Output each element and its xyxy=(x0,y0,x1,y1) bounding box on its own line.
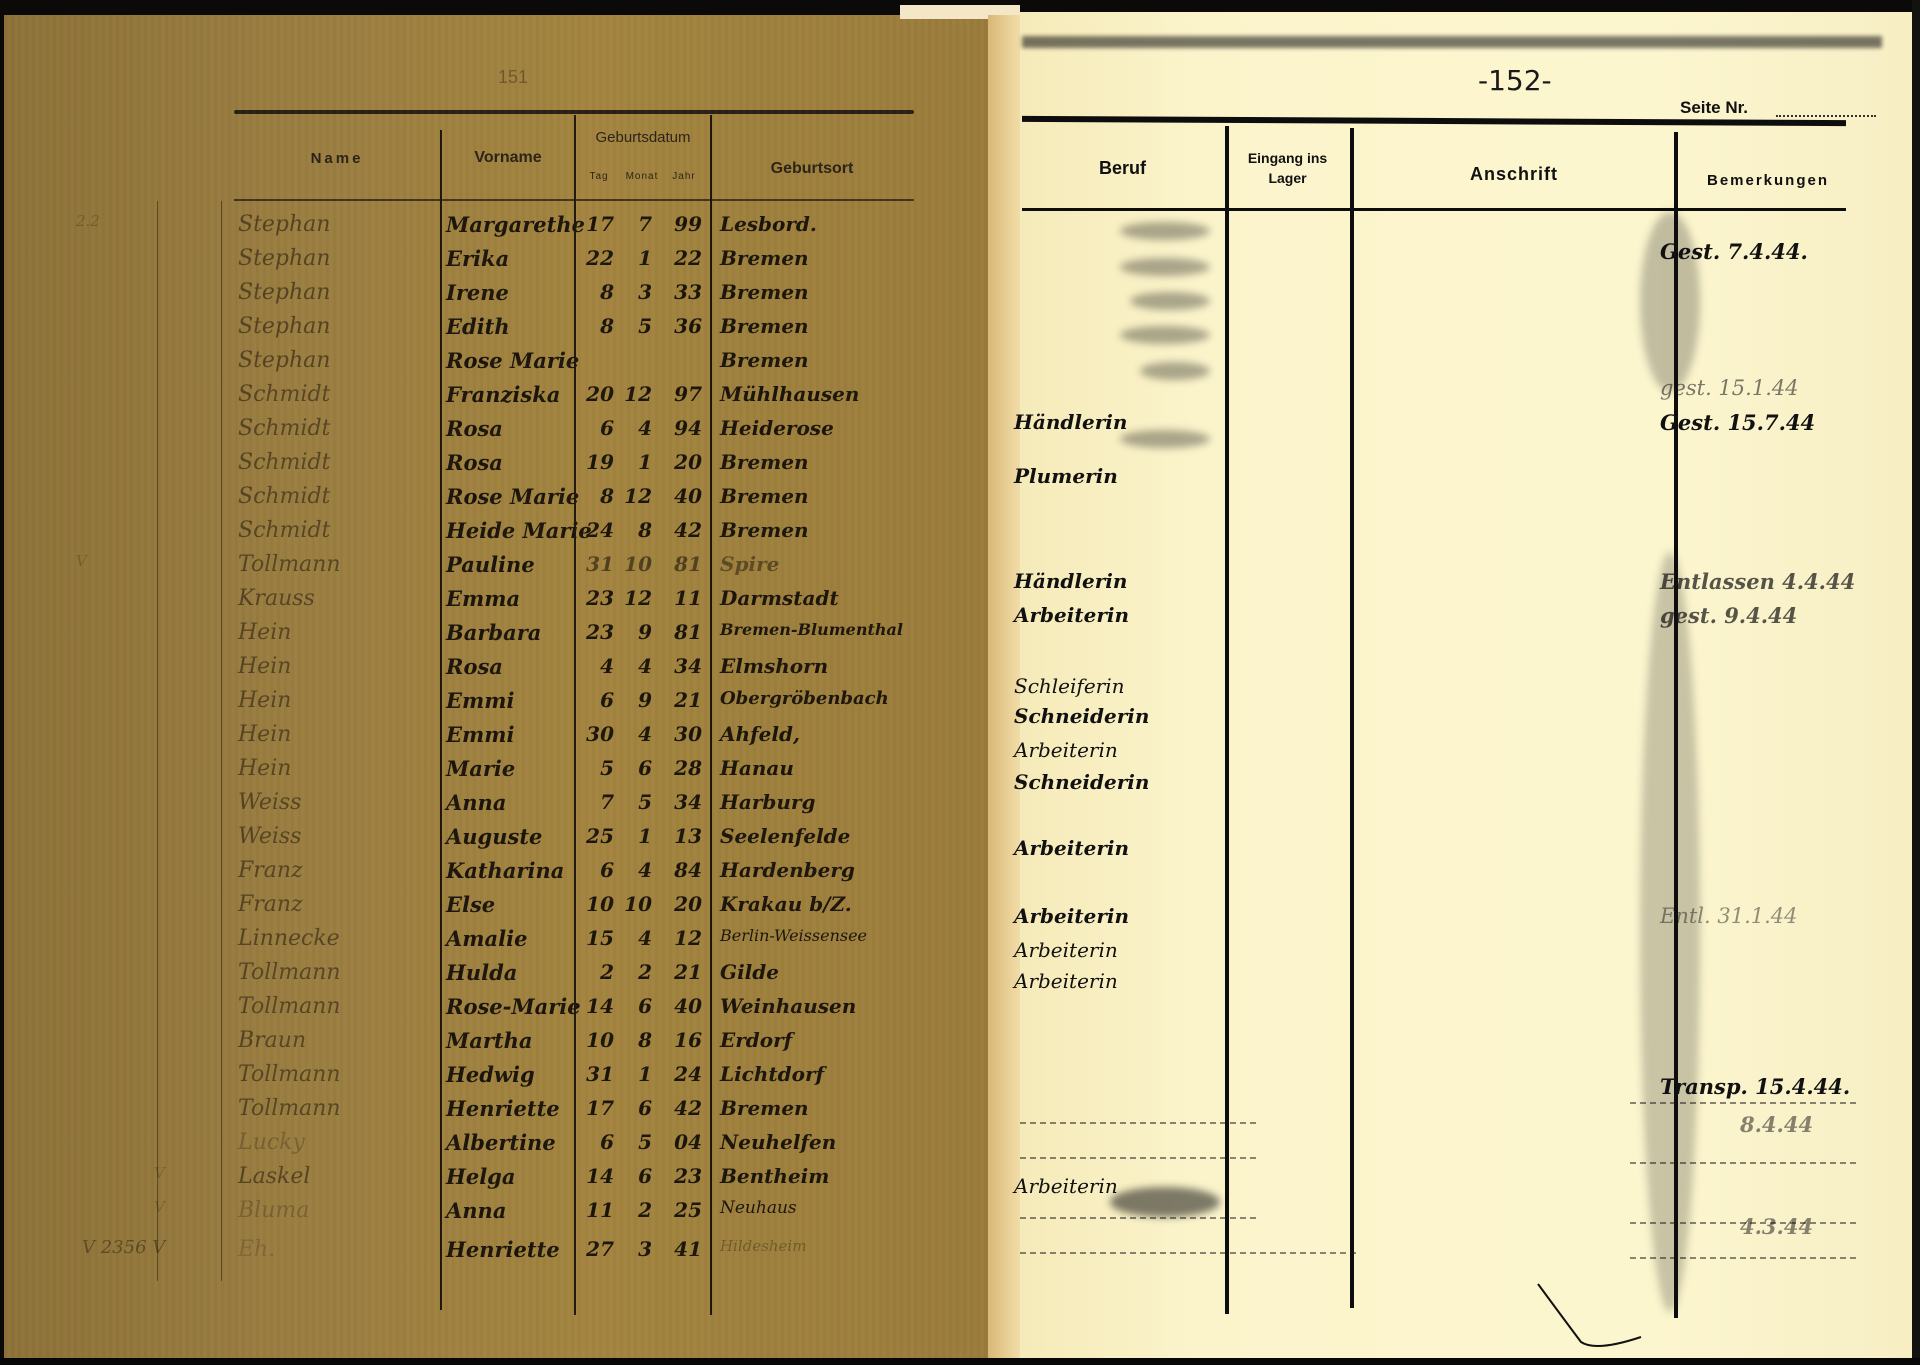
birth-year: 28 xyxy=(658,756,702,780)
birth-year: 11 xyxy=(658,586,702,610)
birth-year: 42 xyxy=(658,518,702,542)
birth-year: 94 xyxy=(658,416,702,440)
birth-place: Obergröbenbach xyxy=(720,688,920,709)
remark: gest. 9.4.44 xyxy=(1660,603,1900,628)
first-name: Henriette xyxy=(446,1096,576,1121)
birth-day: 2 xyxy=(580,960,614,984)
birth-month: 5 xyxy=(618,1130,652,1154)
first-name: Rosa xyxy=(446,654,576,679)
table-row: Schmidt Rosa 19 1 20 Bremen xyxy=(4,448,988,481)
first-name: Rose Marie xyxy=(446,348,576,373)
occupation: Plumerin xyxy=(1014,464,1194,488)
seite-nr-blank xyxy=(1776,115,1876,117)
table-row: Krauss Emma 23 12 11 Darmstadt xyxy=(4,584,988,617)
surname: Stephan xyxy=(238,348,438,373)
birth-day: 19 xyxy=(580,450,614,474)
occupation: Arbeiterin xyxy=(1014,938,1194,962)
birth-month: 5 xyxy=(618,790,652,814)
occupation: Händlerin xyxy=(1014,569,1194,593)
table-row: Arbeiterin xyxy=(1020,1172,1912,1205)
birth-place: Bremen xyxy=(720,484,920,508)
remark: 4.3.44 xyxy=(1740,1214,1920,1239)
table-row: V 2356 V Eh. Henriette 27 3 41 Hildeshei… xyxy=(4,1235,988,1268)
header-geburtsort: Geburtsort xyxy=(712,160,912,178)
table-row: Braun Martha 10 8 16 Erdorf xyxy=(4,1026,988,1059)
table-row: Hein Emmi 6 9 21 Obergröbenbach xyxy=(4,686,988,719)
remark: 8.4.44 xyxy=(1740,1112,1920,1137)
birth-place: Mühlhausen xyxy=(720,382,920,406)
birth-day: 4 xyxy=(580,654,614,678)
right-page-number: -152- xyxy=(1478,64,1552,97)
birth-year: 81 xyxy=(658,620,702,644)
birth-day: 17 xyxy=(580,212,614,236)
first-name: Anna xyxy=(446,790,576,815)
first-name: Auguste xyxy=(446,824,576,849)
birth-month: 1 xyxy=(618,450,652,474)
birth-place: Hanau xyxy=(720,756,920,780)
birth-month: 10 xyxy=(618,892,652,916)
birth-month: 12 xyxy=(618,586,652,610)
margin-column-line xyxy=(157,201,158,1281)
occupation: Händlerin xyxy=(1014,410,1194,434)
surname: Stephan xyxy=(238,212,438,237)
right-edge-shadow xyxy=(1912,0,1920,1365)
birth-month: 8 xyxy=(618,518,652,542)
birth-place: Seelenfelde xyxy=(720,824,920,848)
table-row: Hein Emmi 30 4 30 Ahfeld, xyxy=(4,720,988,753)
birth-day: 6 xyxy=(580,1130,614,1154)
surname: Stephan xyxy=(238,246,438,271)
surname: Franz xyxy=(238,858,438,883)
surname: Tollmann xyxy=(238,960,438,985)
row-rule xyxy=(1630,1162,1860,1164)
table-row: Transp. 15.4.44. xyxy=(1020,1072,1912,1105)
birth-day: 20 xyxy=(580,382,614,406)
first-name: Else xyxy=(446,892,576,917)
surname: Schmidt xyxy=(238,382,438,407)
surname: Schmidt xyxy=(238,484,438,509)
remark: Gest. 7.4.44. xyxy=(1660,239,1900,264)
birth-month: 10 xyxy=(618,552,652,576)
birth-month: 1 xyxy=(618,1062,652,1086)
first-name: Hulda xyxy=(446,960,576,985)
birth-year: 12 xyxy=(658,926,702,950)
table-row: Plumerin xyxy=(1020,462,1912,495)
surname: Tollmann xyxy=(238,1062,438,1087)
first-name: Edith xyxy=(446,314,576,339)
first-name: Rose Marie xyxy=(446,484,576,509)
header-beruf: Beruf xyxy=(1020,158,1225,179)
birth-year: 34 xyxy=(658,790,702,814)
birth-day: 10 xyxy=(580,1028,614,1052)
surname: Stephan xyxy=(238,280,438,305)
bottom-edge-shadow xyxy=(0,1358,1920,1365)
birth-place: Spire xyxy=(720,552,920,576)
birth-place: Krakau b/Z. xyxy=(720,892,920,916)
occupation: Arbeiterin xyxy=(1014,836,1194,860)
birth-place: Darmstadt xyxy=(720,586,920,610)
surname: Tollmann xyxy=(238,552,438,577)
table-row: ArbeiterinEntl. 31.1.44 xyxy=(1020,902,1912,935)
birth-place: Erdorf xyxy=(720,1028,920,1052)
birth-place: Bremen xyxy=(720,450,920,474)
table-row: Stephan Edith 8 5 36 Bremen xyxy=(4,312,988,345)
first-name: Margarethe xyxy=(446,212,576,237)
surname: Hein xyxy=(238,654,438,679)
remark: Entl. 31.1.44 xyxy=(1660,904,1900,928)
surname: Tollmann xyxy=(238,994,438,1019)
first-name: Hedwig xyxy=(446,1062,576,1087)
table-row: Stephan Rose Marie Bremen xyxy=(4,346,988,379)
birth-year: 81 xyxy=(658,552,702,576)
table-row: Tollmann Hulda 2 2 21 Gilde xyxy=(4,958,988,991)
first-name: Emmi xyxy=(446,722,576,747)
birth-place: Harburg xyxy=(720,790,920,814)
first-name: Helga xyxy=(446,1164,576,1189)
birth-month: 9 xyxy=(618,620,652,644)
birth-day: 31 xyxy=(580,1062,614,1086)
header-bottom-rule xyxy=(1022,208,1846,211)
table-row: Schmidt Rose Marie 8 12 40 Bremen xyxy=(4,482,988,515)
header-jahr: Jahr xyxy=(666,171,702,182)
first-name: Irene xyxy=(446,280,576,305)
birth-place: Bremen xyxy=(720,314,920,338)
birth-year: 33 xyxy=(658,280,702,304)
birth-place: Bremen xyxy=(720,280,920,304)
birth-place: Bremen xyxy=(720,246,920,270)
row-rule xyxy=(1020,1252,1360,1254)
ink-smudge xyxy=(1120,326,1210,344)
surname: Schmidt xyxy=(238,450,438,475)
birth-day: 6 xyxy=(580,858,614,882)
surname: Hein xyxy=(238,620,438,645)
birth-year: 22 xyxy=(658,246,702,270)
first-name: Marie xyxy=(446,756,576,781)
birth-year: 84 xyxy=(658,858,702,882)
header-monat: Monat xyxy=(622,171,662,182)
birth-year: 21 xyxy=(658,688,702,712)
birth-year: 30 xyxy=(658,722,702,746)
birth-year: 41 xyxy=(658,1237,702,1261)
table-row: Hein Rosa 4 4 34 Elmshorn xyxy=(4,652,988,685)
occupation: Schneiderin xyxy=(1014,770,1194,794)
table-row: Hein Marie 5 6 28 Hanau xyxy=(4,754,988,787)
surname: Hein xyxy=(238,722,438,747)
first-name: Henriette xyxy=(446,1237,576,1262)
remark: Gest. 15.7.44 xyxy=(1660,410,1900,435)
occupation: Arbeiterin xyxy=(1014,738,1194,762)
margin-number: V xyxy=(154,1198,244,1216)
birth-day: 14 xyxy=(580,994,614,1018)
table-row: Schleiferin xyxy=(1020,672,1912,705)
birth-year: 23 xyxy=(658,1164,702,1188)
surname: Hein xyxy=(238,688,438,713)
table-row: Arbeiteringest. 9.4.44 xyxy=(1020,601,1912,634)
occupation: Arbeiterin xyxy=(1014,969,1194,993)
table-row: Hein Barbara 23 9 81 Bremen-Blumenthal xyxy=(4,618,988,651)
birth-month: 7 xyxy=(618,212,652,236)
birth-year: 99 xyxy=(658,212,702,236)
vorname-column-line xyxy=(440,130,442,1310)
header-bottom-rule xyxy=(234,199,914,201)
birth-month: 8 xyxy=(618,1028,652,1052)
margin-number: V xyxy=(154,1164,244,1182)
table-row: Schmidt Rosa 6 4 94 Heiderose xyxy=(4,414,988,447)
pen-scribble-mark xyxy=(1536,1282,1646,1352)
birth-place: Gilde xyxy=(720,960,920,984)
birth-day: 6 xyxy=(580,416,614,440)
first-name: Rosa xyxy=(446,416,576,441)
birth-month: 4 xyxy=(618,926,652,950)
table-row: 4.3.44 xyxy=(1020,1212,1912,1245)
surname: Laskel xyxy=(238,1164,438,1189)
table-row: V Tollmann Pauline 31 10 81 Spire xyxy=(4,550,988,583)
birth-place: Bremen xyxy=(720,1096,920,1120)
birth-day: 5 xyxy=(580,756,614,780)
table-row: Stephan Irene 8 3 33 Bremen xyxy=(4,278,988,311)
row-rule xyxy=(1020,1157,1260,1159)
margin-number: V 2356 V xyxy=(82,1237,172,1258)
birth-place: Bremen xyxy=(720,518,920,542)
birth-place: Heiderose xyxy=(720,416,920,440)
table-row: Arbeiterin xyxy=(1020,967,1912,1000)
first-name: Martha xyxy=(446,1028,576,1053)
occupation: Arbeiterin xyxy=(1014,1174,1194,1198)
remark: Entlassen 4.4.44 xyxy=(1660,569,1900,594)
birth-year: 42 xyxy=(658,1096,702,1120)
table-row: 8.4.44 xyxy=(1020,1110,1912,1143)
birth-year: 04 xyxy=(658,1130,702,1154)
ink-smudge xyxy=(1130,292,1210,310)
birth-day: 8 xyxy=(580,314,614,338)
surname: Schmidt xyxy=(238,518,438,543)
birth-place: Elmshorn xyxy=(720,654,920,678)
birth-month: 12 xyxy=(618,484,652,508)
first-name: Anna xyxy=(446,1198,576,1223)
table-row: HändlerinGest. 15.7.44 xyxy=(1020,408,1912,441)
header-name: Name xyxy=(234,150,440,167)
table-row: gest. 15.1.44 xyxy=(1020,374,1912,407)
table-row: Arbeiterin xyxy=(1020,736,1912,769)
first-name: Heide Marie xyxy=(446,518,576,543)
birth-place: Bentheim xyxy=(720,1164,920,1188)
birth-month: 2 xyxy=(618,1198,652,1222)
row-rule xyxy=(1630,1257,1860,1259)
occupation: Schleiferin xyxy=(1014,674,1194,698)
remark: gest. 15.1.44 xyxy=(1660,376,1900,400)
birth-year: 13 xyxy=(658,824,702,848)
occupation: Arbeiterin xyxy=(1014,603,1194,627)
left-page-number: 151 xyxy=(498,67,528,88)
birth-day: 7 xyxy=(580,790,614,814)
birth-day: 31 xyxy=(580,552,614,576)
table-row: Tollmann Hedwig 31 1 24 Lichtdorf xyxy=(4,1060,988,1093)
birth-place: Bremen-Blumenthal xyxy=(720,620,920,639)
birth-day: 15 xyxy=(580,926,614,950)
table-row: Weiss Auguste 25 1 13 Seelenfelde xyxy=(4,822,988,855)
occupation: Arbeiterin xyxy=(1014,904,1194,928)
birth-day: 11 xyxy=(580,1198,614,1222)
birth-month: 4 xyxy=(618,416,652,440)
surname: Franz xyxy=(238,892,438,917)
birth-month: 2 xyxy=(618,960,652,984)
table-row: Arbeiterin xyxy=(1020,834,1912,867)
birth-day: 23 xyxy=(580,586,614,610)
first-name: Albertine xyxy=(446,1130,576,1155)
left-ledger-page: 151 Name Vorname Geburtsdatum Tag Monat … xyxy=(4,15,988,1358)
header-bemerkungen: Bemerkungen xyxy=(1678,172,1858,189)
first-name: Barbara xyxy=(446,620,576,645)
surname: Tollmann xyxy=(238,1096,438,1121)
table-row: Schmidt Franziska 20 12 97 Mühlhausen xyxy=(4,380,988,413)
surname: Linnecke xyxy=(238,926,438,951)
birth-year: 36 xyxy=(658,314,702,338)
birth-place: Lesbord. xyxy=(720,212,920,236)
birth-place: Ahfeld, xyxy=(720,722,920,746)
birth-year: 21 xyxy=(658,960,702,984)
header-tag: Tag xyxy=(584,171,614,182)
birth-place: Weinhausen xyxy=(720,994,920,1018)
birth-day: 6 xyxy=(580,688,614,712)
birth-year: 34 xyxy=(658,654,702,678)
birth-month: 4 xyxy=(618,858,652,882)
surname: Weiss xyxy=(238,790,438,815)
table-row: Schneiderin xyxy=(1020,702,1912,735)
table-row: Schneiderin xyxy=(1020,768,1912,801)
birth-year: 25 xyxy=(658,1198,702,1222)
first-name: Rose-Marie xyxy=(446,994,576,1019)
first-name: Emma xyxy=(446,586,576,611)
first-name: Pauline xyxy=(446,552,576,577)
surname: Eh. xyxy=(238,1237,438,1262)
birth-day: 22 xyxy=(580,246,614,270)
first-name: Emmi xyxy=(446,688,576,713)
geburtsort-column-line xyxy=(710,115,712,1315)
table-row: Schmidt Heide Marie 24 8 42 Bremen xyxy=(4,516,988,549)
right-ledger-page: -152- Seite Nr. Beruf Eingang ins Lager … xyxy=(1020,12,1912,1358)
birth-month: 5 xyxy=(618,314,652,338)
birth-year: 16 xyxy=(658,1028,702,1052)
birth-year: 20 xyxy=(658,892,702,916)
birth-month: 4 xyxy=(618,722,652,746)
birth-month: 4 xyxy=(618,654,652,678)
first-name: Amalie xyxy=(446,926,576,951)
table-row: 2.2 Stephan Margarethe 17 7 99 Lesbord. xyxy=(4,210,988,243)
birth-year: 20 xyxy=(658,450,702,474)
surname: Hein xyxy=(238,756,438,781)
header-eingang-ins-lager: Eingang ins Lager xyxy=(1245,148,1330,188)
birth-place: Hildesheim xyxy=(720,1237,920,1255)
birth-day: 27 xyxy=(580,1237,614,1261)
birth-place: Bremen xyxy=(720,348,920,372)
birth-month: 6 xyxy=(618,756,652,780)
birth-place: Neuhelfen xyxy=(720,1130,920,1154)
table-row: Gest. 7.4.44. xyxy=(1020,237,1912,270)
surname: Bluma xyxy=(238,1198,438,1223)
first-name: Erika xyxy=(446,246,576,271)
birth-month: 6 xyxy=(618,994,652,1018)
remark: Transp. 15.4.44. xyxy=(1660,1074,1900,1099)
table-row: Lucky Albertine 6 5 04 Neuhelfen xyxy=(4,1128,988,1161)
birth-place: Berlin-Weissensee xyxy=(720,926,920,945)
margin-number: V xyxy=(76,552,166,570)
birth-day: 8 xyxy=(580,280,614,304)
birth-month: 6 xyxy=(618,1096,652,1120)
surname: Krauss xyxy=(238,586,438,611)
birth-place: Neuhaus xyxy=(720,1198,920,1218)
table-row: V Laskel Helga 14 6 23 Bentheim xyxy=(4,1162,988,1195)
birth-day: 24 xyxy=(580,518,614,542)
first-name: Franziska xyxy=(446,382,576,407)
table-row: Arbeiterin xyxy=(1020,936,1912,969)
table-row: Stephan Erika 22 1 22 Bremen xyxy=(4,244,988,277)
header-vorname: Vorname xyxy=(442,149,574,167)
table-row: Tollmann Rose-Marie 14 6 40 Weinhausen xyxy=(4,992,988,1025)
birth-day: 30 xyxy=(580,722,614,746)
surname: Lucky xyxy=(238,1130,438,1155)
birth-day: 8 xyxy=(580,484,614,508)
occupation: Schneiderin xyxy=(1014,704,1194,728)
table-row: Tollmann Henriette 17 6 42 Bremen xyxy=(4,1094,988,1127)
geburtsdatum-column-line xyxy=(574,115,576,1315)
birth-month: 6 xyxy=(618,1164,652,1188)
birth-month: 9 xyxy=(618,688,652,712)
seite-nr-label: Seite Nr. xyxy=(1680,98,1748,118)
birth-month: 1 xyxy=(618,824,652,848)
surname: Braun xyxy=(238,1028,438,1053)
first-name: Rosa xyxy=(446,450,576,475)
birth-day: 14 xyxy=(580,1164,614,1188)
surname: Stephan xyxy=(238,314,438,339)
header-top-rule xyxy=(234,110,914,114)
birth-place: Hardenberg xyxy=(720,858,920,882)
surname: Schmidt xyxy=(238,416,438,441)
birth-month: 1 xyxy=(618,246,652,270)
table-row: Franz Else 10 10 20 Krakau b/Z. xyxy=(4,890,988,923)
birth-month: 3 xyxy=(618,280,652,304)
surname: Weiss xyxy=(238,824,438,849)
birth-day: 25 xyxy=(580,824,614,848)
birth-month: 12 xyxy=(618,382,652,406)
table-row: Franz Katharina 6 4 84 Hardenberg xyxy=(4,856,988,889)
margin-number: 2.2 xyxy=(76,212,166,230)
birth-month: 3 xyxy=(618,1237,652,1261)
header-anschrift: Anschrift xyxy=(1354,164,1674,185)
birth-place: Lichtdorf xyxy=(720,1062,920,1086)
table-row: V Bluma Anna 11 2 25 Neuhaus xyxy=(4,1196,988,1229)
birth-day: 17 xyxy=(580,1096,614,1120)
birth-year: 40 xyxy=(658,994,702,1018)
top-smudge-rule xyxy=(1022,36,1882,48)
header-geburtsdatum: Geburtsdatum xyxy=(576,129,710,146)
table-row: HändlerinEntlassen 4.4.44 xyxy=(1020,567,1912,600)
birth-day: 10 xyxy=(580,892,614,916)
birth-year: 97 xyxy=(658,382,702,406)
table-row: Weiss Anna 7 5 34 Harburg xyxy=(4,788,988,821)
table-row: Linnecke Amalie 15 4 12 Berlin-Weissense… xyxy=(4,924,988,957)
birth-day: 23 xyxy=(580,620,614,644)
margin-column-line-2 xyxy=(221,201,222,1281)
birth-year: 24 xyxy=(658,1062,702,1086)
first-name: Katharina xyxy=(446,858,576,883)
birth-year: 40 xyxy=(658,484,702,508)
